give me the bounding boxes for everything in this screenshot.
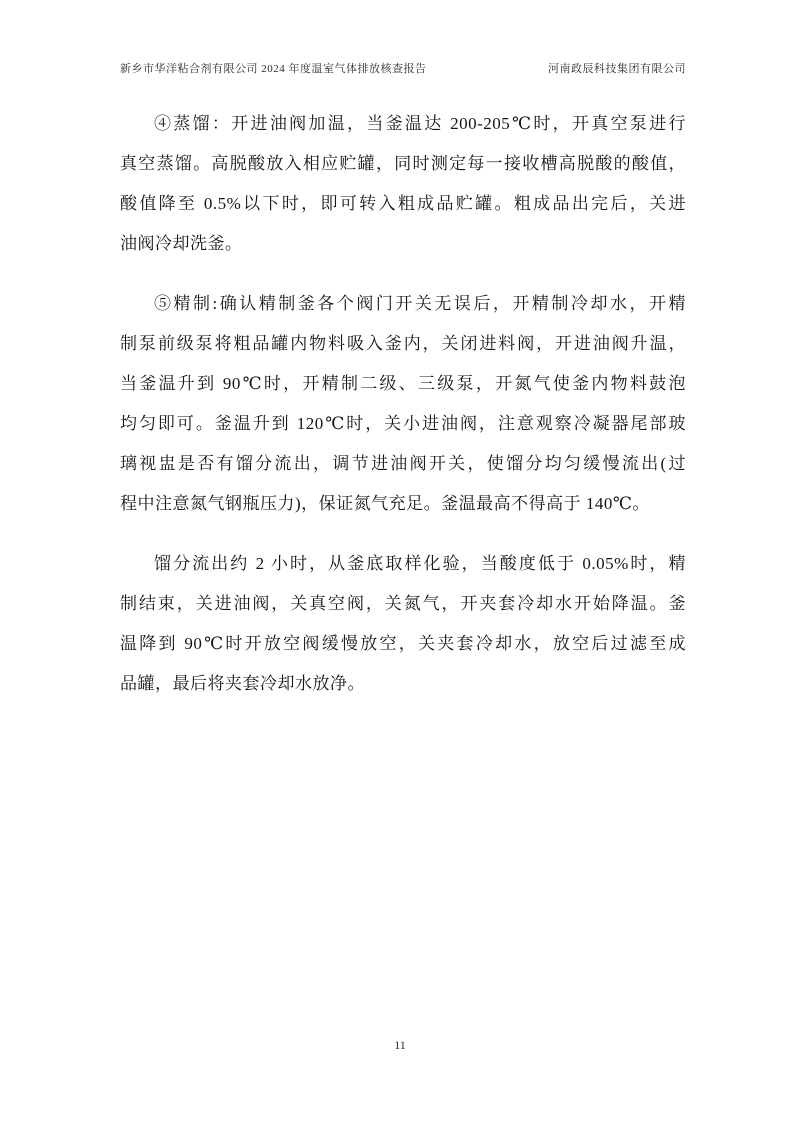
paragraph-step5-refining: ⑤精制:确认精制釜各个阀门开关无误后，开精制冷却水，开精 制泵前级泵将粗品罐内物… <box>120 284 686 524</box>
paragraph-refining-finish: 馏分流出约 2 小时，从釜底取样化验，当酸度低于 0.05%时，精 制结束，关进… <box>120 544 686 704</box>
text-line: 温降到 90℃时开放空阀缓慢放空，关夹套冷却水，放空后过滤至成 <box>120 624 686 664</box>
text-line: 制结束，关进油阀，关真空阀，关氮气，开夹套冷却水开始降温。釜 <box>120 584 686 624</box>
text-line: 程中注意氮气钢瓶压力)，保证氮气充足。釜温最高不得高于 140℃。 <box>120 484 686 524</box>
header-report-title: 新乡市华洋粘合剂有限公司 2024 年度温室气体排放核查报告 <box>120 60 427 76</box>
page-header: 新乡市华洋粘合剂有限公司 2024 年度温室气体排放核查报告 河南政辰科技集团有… <box>120 60 686 76</box>
text-line: 均匀即可。釜温升到 120℃时，关小进油阀，注意观察冷凝器尾部玻 <box>120 404 686 444</box>
text-line: 品罐，最后将夹套冷却水放净。 <box>120 664 686 704</box>
text-line: 制泵前级泵将粗品罐内物料吸入釜内，关闭进料阀，开进油阀升温， <box>120 324 686 364</box>
document-page: 新乡市华洋粘合剂有限公司 2024 年度温室气体排放核查报告 河南政辰科技集团有… <box>0 0 800 1131</box>
page-number: 11 <box>394 1038 406 1052</box>
text-line: 璃视盅是否有馏分流出，调节进油阀开关，使馏分均匀缓慢流出(过 <box>120 444 686 484</box>
text-line: 酸值降至 0.5%以下时，即可转入粗成品贮罐。粗成品出完后，关进 <box>120 184 686 224</box>
text-line: ④蒸馏：开进油阀加温，当釜温达 200-205℃时，开真空泵进行 <box>120 104 686 144</box>
page-footer: 11 <box>0 1038 800 1053</box>
paragraph-step4-distillation: ④蒸馏：开进油阀加温，当釜温达 200-205℃时，开真空泵进行 真空蒸馏。高脱… <box>120 104 686 264</box>
document-body: ④蒸馏：开进油阀加温，当釜温达 200-205℃时，开真空泵进行 真空蒸馏。高脱… <box>120 104 686 724</box>
text-line: 馏分流出约 2 小时，从釜底取样化验，当酸度低于 0.05%时，精 <box>120 544 686 584</box>
text-line: 油阀冷却洗釜。 <box>120 224 686 264</box>
text-line: ⑤精制:确认精制釜各个阀门开关无误后，开精制冷却水，开精 <box>120 284 686 324</box>
header-company-name: 河南政辰科技集团有限公司 <box>548 60 686 76</box>
text-line: 真空蒸馏。高脱酸放入相应贮罐，同时测定每一接收槽高脱酸的酸值， <box>120 144 686 184</box>
text-line: 当釜温升到 90℃时，开精制二级、三级泵，开氮气使釜内物料鼓泡 <box>120 364 686 404</box>
